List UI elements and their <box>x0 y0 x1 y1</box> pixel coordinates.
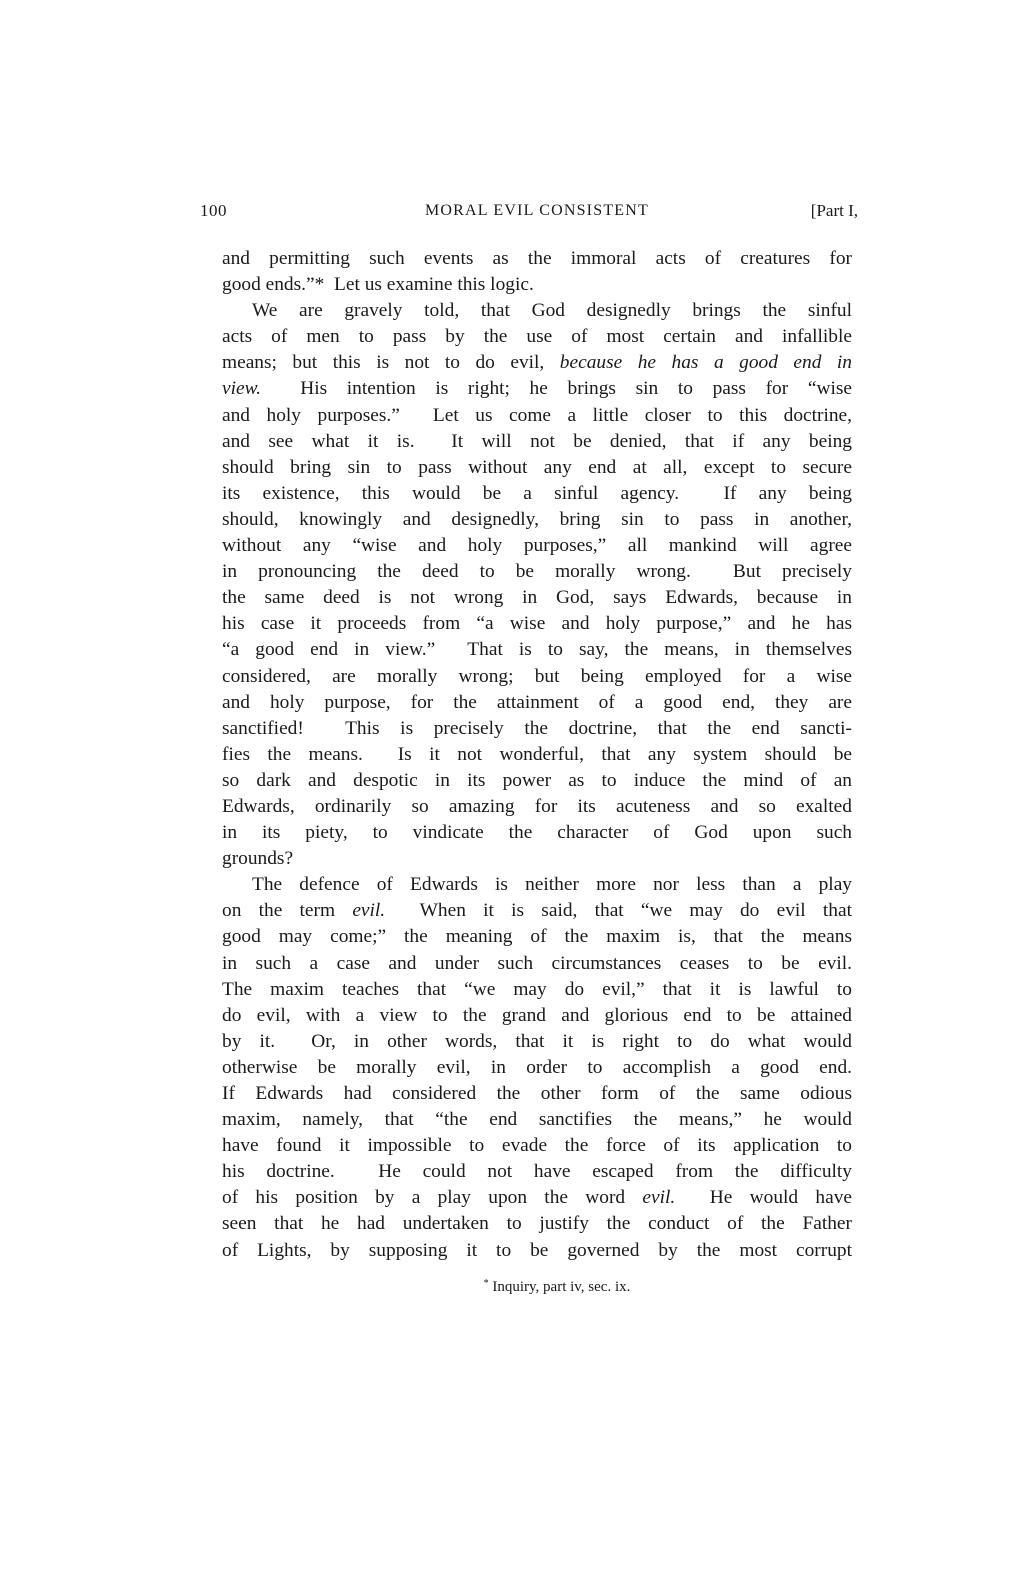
text-line: acts of men to pass by the use of most c… <box>222 324 852 350</box>
text-segment: on the term <box>222 900 352 921</box>
text-line: considered, are morally wrong; but being… <box>222 664 852 690</box>
text-line: should, knowingly and designedly, bring … <box>222 507 852 533</box>
text-line: of his position by a play upon the word … <box>222 1185 852 1211</box>
text-line: good ends.”* Let us examine this logic. <box>222 272 852 298</box>
text-line: grounds? <box>222 846 852 872</box>
text-line: on the term evil. When it is said, that … <box>222 898 852 924</box>
running-title: MORAL EVIL CONSISTENT <box>222 198 852 224</box>
text-line: Edwards, ordinarily so amazing for its a… <box>222 794 852 820</box>
text-line: “a good end in view.” That is to say, th… <box>222 637 852 663</box>
text-line: view. His intention is right; he brings … <box>222 376 852 402</box>
text-line: of Lights, by supposing it to be governe… <box>222 1238 852 1264</box>
text-line: its existence, this would be a sinful ag… <box>222 481 852 507</box>
text-line: without any “wise and holy purposes,” al… <box>222 533 852 559</box>
part-label: [Part I, <box>811 198 858 224</box>
text-line: and holy purposes.” Let us come a little… <box>222 403 852 429</box>
text-line: otherwise be morally evil, in order to a… <box>222 1055 852 1081</box>
italic-emphasis: view. <box>222 378 261 399</box>
footnote-text: Inquiry, part iv, sec. ix. <box>492 1279 630 1295</box>
text-line: his case it proceeds from “a wise and ho… <box>222 611 852 637</box>
text-line: fies the means. Is it not wonderful, tha… <box>222 742 852 768</box>
text-line: should bring sin to pass without any end… <box>222 455 852 481</box>
italic-emphasis: evil. <box>352 900 385 921</box>
text-segment: means; but this is not to do evil, <box>222 352 560 373</box>
text-line: in pronouncing the deed to be morally wr… <box>222 559 852 585</box>
text-line: The defence of Edwards is neither more n… <box>222 872 852 898</box>
book-page: 100 MORAL EVIL CONSISTENT [Part I, and p… <box>222 198 852 1297</box>
text-line: by it. Or, in other words, that it is ri… <box>222 1029 852 1055</box>
running-header: 100 MORAL EVIL CONSISTENT [Part I, <box>222 198 852 224</box>
text-line: seen that he had undertaken to justify t… <box>222 1211 852 1237</box>
text-line: the same deed is not wrong in God, says … <box>222 585 852 611</box>
text-line: and permitting such events as the immora… <box>222 246 852 272</box>
text-line: in its piety, to vindicate the character… <box>222 820 852 846</box>
text-line: We are gravely told, that God designedly… <box>222 298 852 324</box>
italic-emphasis: because he has a good end in <box>560 352 852 373</box>
footnote-marker: * <box>484 1278 489 1289</box>
footnote: * Inquiry, part iv, sec. ix. <box>222 1274 852 1297</box>
text-segment: His intention is right; he brings sin to… <box>261 378 852 399</box>
body-text: and permitting such events as the immora… <box>222 246 852 1264</box>
text-line: If Edwards had considered the other form… <box>222 1081 852 1107</box>
text-line: his doctrine. He could not have escaped … <box>222 1159 852 1185</box>
text-line: so dark and despotic in its power as to … <box>222 768 852 794</box>
text-line: maxim, namely, that “the end sanctifies … <box>222 1107 852 1133</box>
text-line: in such a case and under such circumstan… <box>222 951 852 977</box>
text-line: have found it impossible to evade the fo… <box>222 1133 852 1159</box>
text-segment: When it is said, that “we may do evil th… <box>385 900 852 921</box>
text-line: and see what it is. It will not be denie… <box>222 429 852 455</box>
italic-emphasis: evil. <box>642 1187 675 1208</box>
text-line: sanctified! This is precisely the doctri… <box>222 716 852 742</box>
text-segment: He would have <box>675 1187 852 1208</box>
text-line: means; but this is not to do evil, becau… <box>222 350 852 376</box>
text-line: The maxim teaches that “we may do evil,”… <box>222 977 852 1003</box>
text-segment: of his position by a play upon the word <box>222 1187 642 1208</box>
text-line: do evil, with a view to the grand and gl… <box>222 1003 852 1029</box>
text-line: good may come;” the meaning of the maxim… <box>222 924 852 950</box>
text-line: and holy purpose, for the attainment of … <box>222 690 852 716</box>
